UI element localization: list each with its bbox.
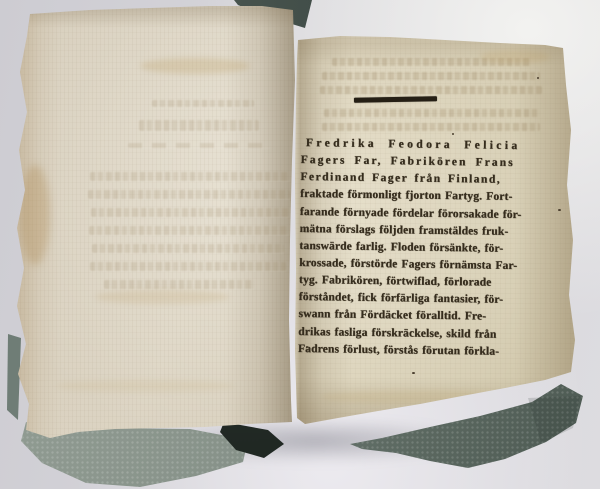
stain (20, 165, 50, 265)
stain (55, 380, 235, 392)
section-rule (354, 96, 437, 102)
ghost-text-line (92, 244, 284, 253)
showthrough-line (320, 86, 542, 94)
stain (140, 58, 250, 74)
ghost-text-line (89, 226, 289, 235)
showthrough-line (322, 123, 540, 131)
foxing-speck (452, 133, 454, 135)
ghost-text-line (91, 208, 289, 217)
foxing-speck (558, 209, 561, 211)
body-text: Fredrika Feodora Felicia Fagers Far, Fab… (298, 137, 549, 363)
ghost-text-line (88, 190, 290, 199)
foxing-speck (412, 372, 415, 374)
ghost-ornament-line (128, 143, 270, 148)
stain (95, 290, 230, 304)
foxing-speck (537, 77, 539, 79)
ghost-text-line (104, 280, 254, 289)
showthrough-line (324, 109, 540, 117)
ghost-heading-line (152, 100, 254, 107)
ghost-text-line (90, 262, 286, 271)
ghost-heading-line (139, 120, 259, 131)
showthrough-line (322, 72, 540, 80)
text-line: Fadrens förlust, förstås förutan förkla- (298, 343, 546, 364)
stain (320, 390, 520, 404)
ghost-text-line (90, 172, 290, 181)
stain (480, 50, 550, 64)
